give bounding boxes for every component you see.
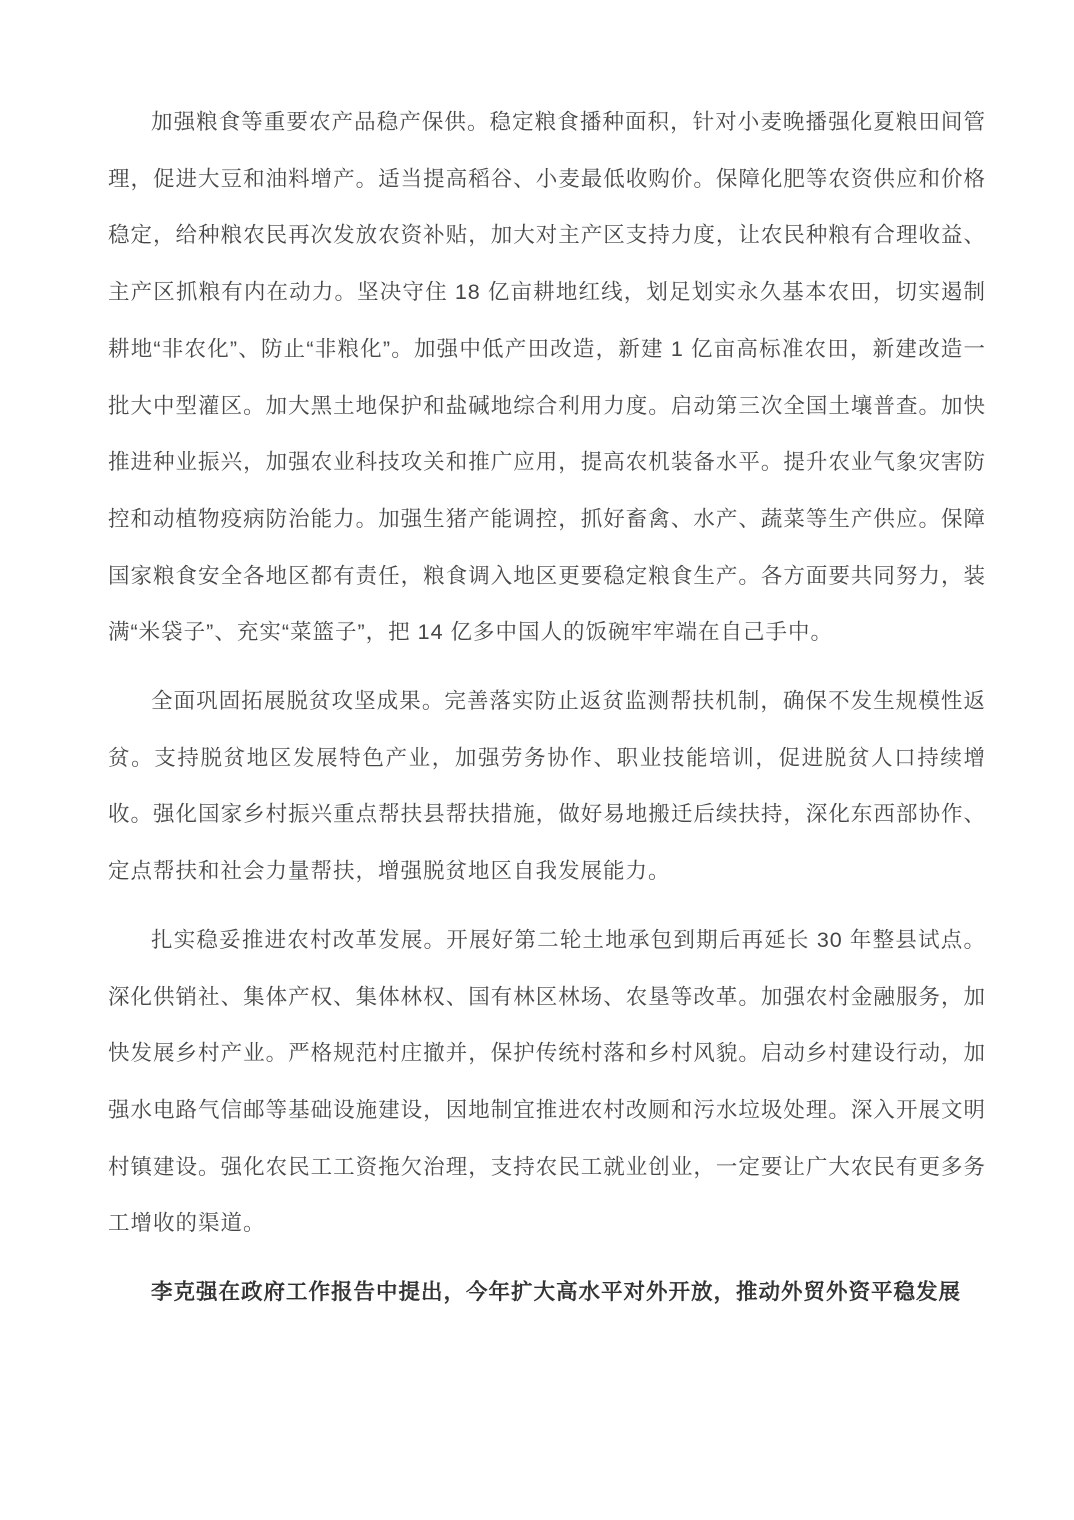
paragraph-rural-reform: 扎实稳妥推进农村改革发展。开展好第二轮土地承包到期后再延长 30 年整县试点。深… (108, 912, 986, 1252)
document-body: 加强粮食等重要农产品稳产保供。稳定粮食播种面积，针对小麦晚播强化夏粮田间管理，促… (108, 94, 986, 1321)
paragraph-grain-supply: 加强粮食等重要农产品稳产保供。稳定粮食播种面积，针对小麦晚播强化夏粮田间管理，促… (108, 94, 986, 661)
document-page: 加强粮食等重要农产品稳产保供。稳定粮食播种面积，针对小麦晚播强化夏粮田间管理，促… (0, 0, 1074, 1520)
paragraph-bold-headline: 李克强在政府工作报告中提出，今年扩大高水平对外开放，推动外贸外资平稳发展 (108, 1264, 986, 1321)
paragraph-poverty-alleviation: 全面巩固拓展脱贫攻坚成果。完善落实防止返贫监测帮扶机制，确保不发生规模性返贫。支… (108, 673, 986, 900)
